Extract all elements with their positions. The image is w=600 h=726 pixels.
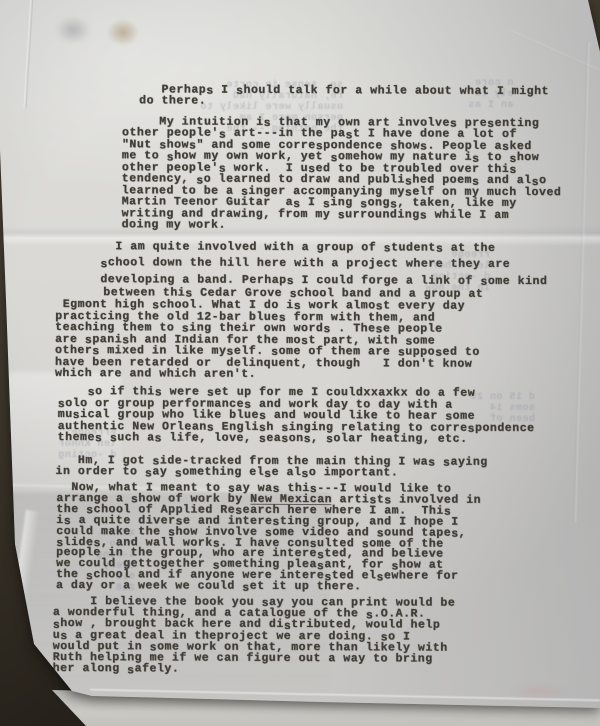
letter-paragraph-7: I believe the book you say you can print… [53, 596, 456, 676]
letter-paragraph-3a: I am quite involved with a group of stud… [100, 239, 547, 290]
paper-shadow-wrap: so, sense in corte re, naturally had usu… [0, 0, 600, 726]
underline-mark [250, 503, 331, 505]
letter-paragraph-5: Hm, I got side-tracked from the main thi… [55, 455, 487, 480]
letter-paragraph-6: Now, what I meant to say was this---I wo… [56, 483, 481, 594]
letter-photograph: so, sense in corte re, naturally had usu… [0, 0, 600, 726]
typewritten-text-layer: Perhaps I should talk for a while about … [0, 0, 600, 726]
letter-paper: so, sense in corte re, naturally had usu… [0, 0, 600, 726]
letter-paragraph-2: My intuition is that my own art involves… [122, 116, 562, 232]
letter-paragraph-1: Perhaps I should talk for a while about … [139, 84, 549, 109]
letter-paragraph-3c: Egmont high school. What I do is work al… [55, 299, 480, 381]
letter-paragraph-4: so if this were set up for me I couldxxa… [58, 386, 535, 446]
